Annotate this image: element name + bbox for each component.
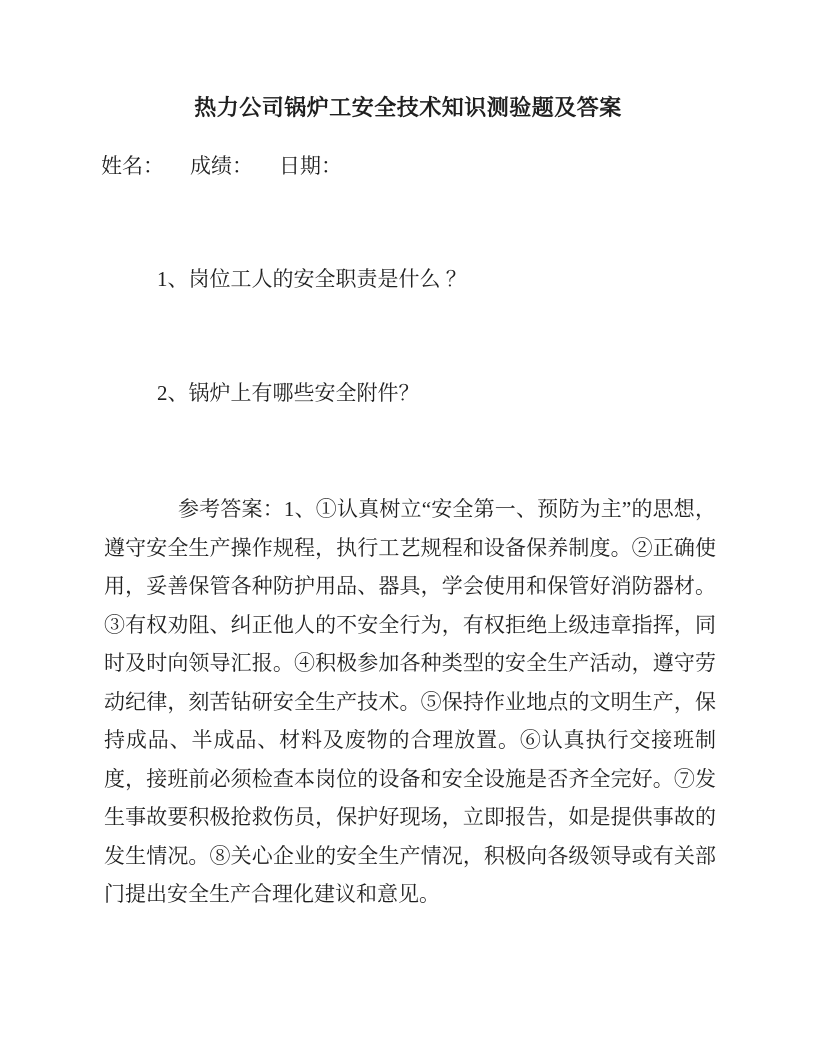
document-page: 热力公司锅炉工安全技术知识测验题及答案 姓名： 成绩： 日期： 1、岗位工人的安… [0,0,816,1056]
date-label: 日期： [279,150,342,180]
score-label: 成绩： [190,150,253,180]
question-2: 2、锅炉上有哪些安全附件？ [157,377,420,407]
name-label: 姓名： [101,150,164,180]
reference-answer: 参考答案：1、①认真树立“安全第一、预防为主”的思想，遵守安全生产操作规程，执行… [104,490,716,914]
meta-line: 姓名： 成绩： 日期： [101,150,342,180]
question-1: 1、岗位工人的安全职责是什么 ？ [157,263,467,293]
document-title: 热力公司锅炉工安全技术知识测验题及答案 [0,91,816,122]
